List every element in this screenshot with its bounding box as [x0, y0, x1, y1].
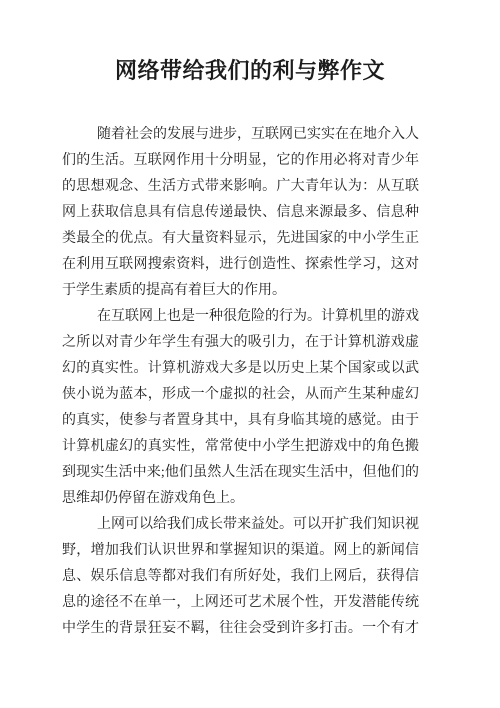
text-line: 思维却仍停留在游戏角色上。	[62, 486, 419, 512]
text-line: 随着社会的发展与进步，互联网已实实在在地介入人	[62, 122, 419, 148]
document-body: 随着社会的发展与进步，互联网已实实在在地介入人们的生活。互联网作用十分明显，它的…	[62, 122, 419, 642]
text-line: 到现实生活中来;他们虽然人生活在现实生活中，但他们的	[62, 460, 419, 486]
text-line: 幻的真实性。计算机游戏大多是以历史上某个国家或以武	[62, 356, 419, 382]
text-line: 侠小说为蓝本，形成一个虚拟的社会，从而产生某种虚幻	[62, 382, 419, 408]
text-line: 类最全的优点。有大量资料显示，先进国家的中小学生正	[62, 226, 419, 252]
text-line: 野，增加我们认识世界和掌握知识的渠道。网上的新闻信	[62, 538, 419, 564]
text-line: 息的途径不在单一，上网还可艺术展个性，开发潜能传统	[62, 590, 419, 616]
text-line: 中学生的背景狂妄不羁，往往会受到许多打击。一个有才	[62, 616, 419, 642]
document-title: 网络带给我们的利与弊作文	[0, 58, 500, 84]
text-line: 的真实，使参与者置身其中，具有身临其境的感觉。由于	[62, 408, 419, 434]
text-line: 息、娱乐信息等都对我们有所好处，我们上网后，获得信	[62, 564, 419, 590]
text-line: 的思想观念、生活方式带来影响。广大青年认为：从互联	[62, 174, 419, 200]
text-line: 们的生活。互联网作用十分明显，它的作用必将对青少年	[62, 148, 419, 174]
text-line: 在互联网上也是一种很危险的行为。计算机里的游戏	[62, 304, 419, 330]
text-line: 计算机虚幻的真实性，常常使中小学生把游戏中的角色搬	[62, 434, 419, 460]
text-line: 上网可以给我们成长带来益处。可以开扩我们知识视	[62, 512, 419, 538]
text-line: 在利用互联网搜索资料，进行创造性、探索性学习，这对	[62, 252, 419, 278]
document-page: 网络带给我们的利与弊作文 随着社会的发展与进步，互联网已实实在在地介入人们的生活…	[0, 0, 500, 708]
text-line: 于学生素质的提高有着巨大的作用。	[62, 278, 419, 304]
text-line: 之所以对青少年学生有强大的吸引力，在于计算机游戏虚	[62, 330, 419, 356]
text-line: 网上获取信息具有信息传递最快、信息来源最多、信息种	[62, 200, 419, 226]
